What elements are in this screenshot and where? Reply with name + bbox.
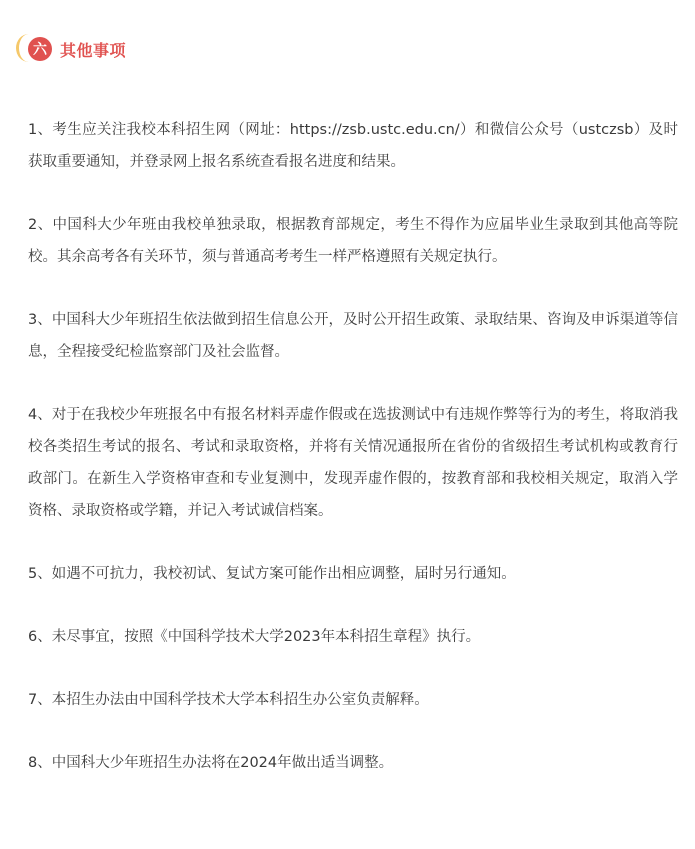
section-title: 其他事项	[60, 38, 126, 61]
bracket-decoration-icon	[14, 33, 28, 65]
list-item-1: 1、考生应关注我校本科招生网（网址：https://zsb.ustc.edu.c…	[28, 114, 678, 178]
content-body: 1、考生应关注我校本科招生网（网址：https://zsb.ustc.edu.c…	[28, 114, 678, 810]
list-item-6: 6、未尽事宜，按照《中国科学技术大学2023年本科招生章程》执行。	[28, 621, 678, 653]
list-item-5: 5、如遇不可抗力，我校初试、复试方案可能作出相应调整，届时另行通知。	[28, 558, 678, 590]
list-item-3: 3、中国科大少年班招生依法做到招生信息公开，及时公开招生政策、录取结果、咨询及申…	[28, 304, 678, 368]
list-item-2: 2、中国科大少年班由我校单独录取，根据教育部规定，考生不得作为应届毕业生录取到其…	[28, 209, 678, 273]
list-item-8: 8、中国科大少年班招生办法将在2024年做出适当调整。	[28, 747, 678, 779]
section-header: 六 其他事项	[14, 33, 126, 65]
list-item-4: 4、对于在我校少年班报名中有报名材料弄虚作假或在选拔测试中有违规作弊等行为的考生…	[28, 399, 678, 527]
list-item-7: 7、本招生办法由中国科学技术大学本科招生办公室负责解释。	[28, 684, 678, 716]
